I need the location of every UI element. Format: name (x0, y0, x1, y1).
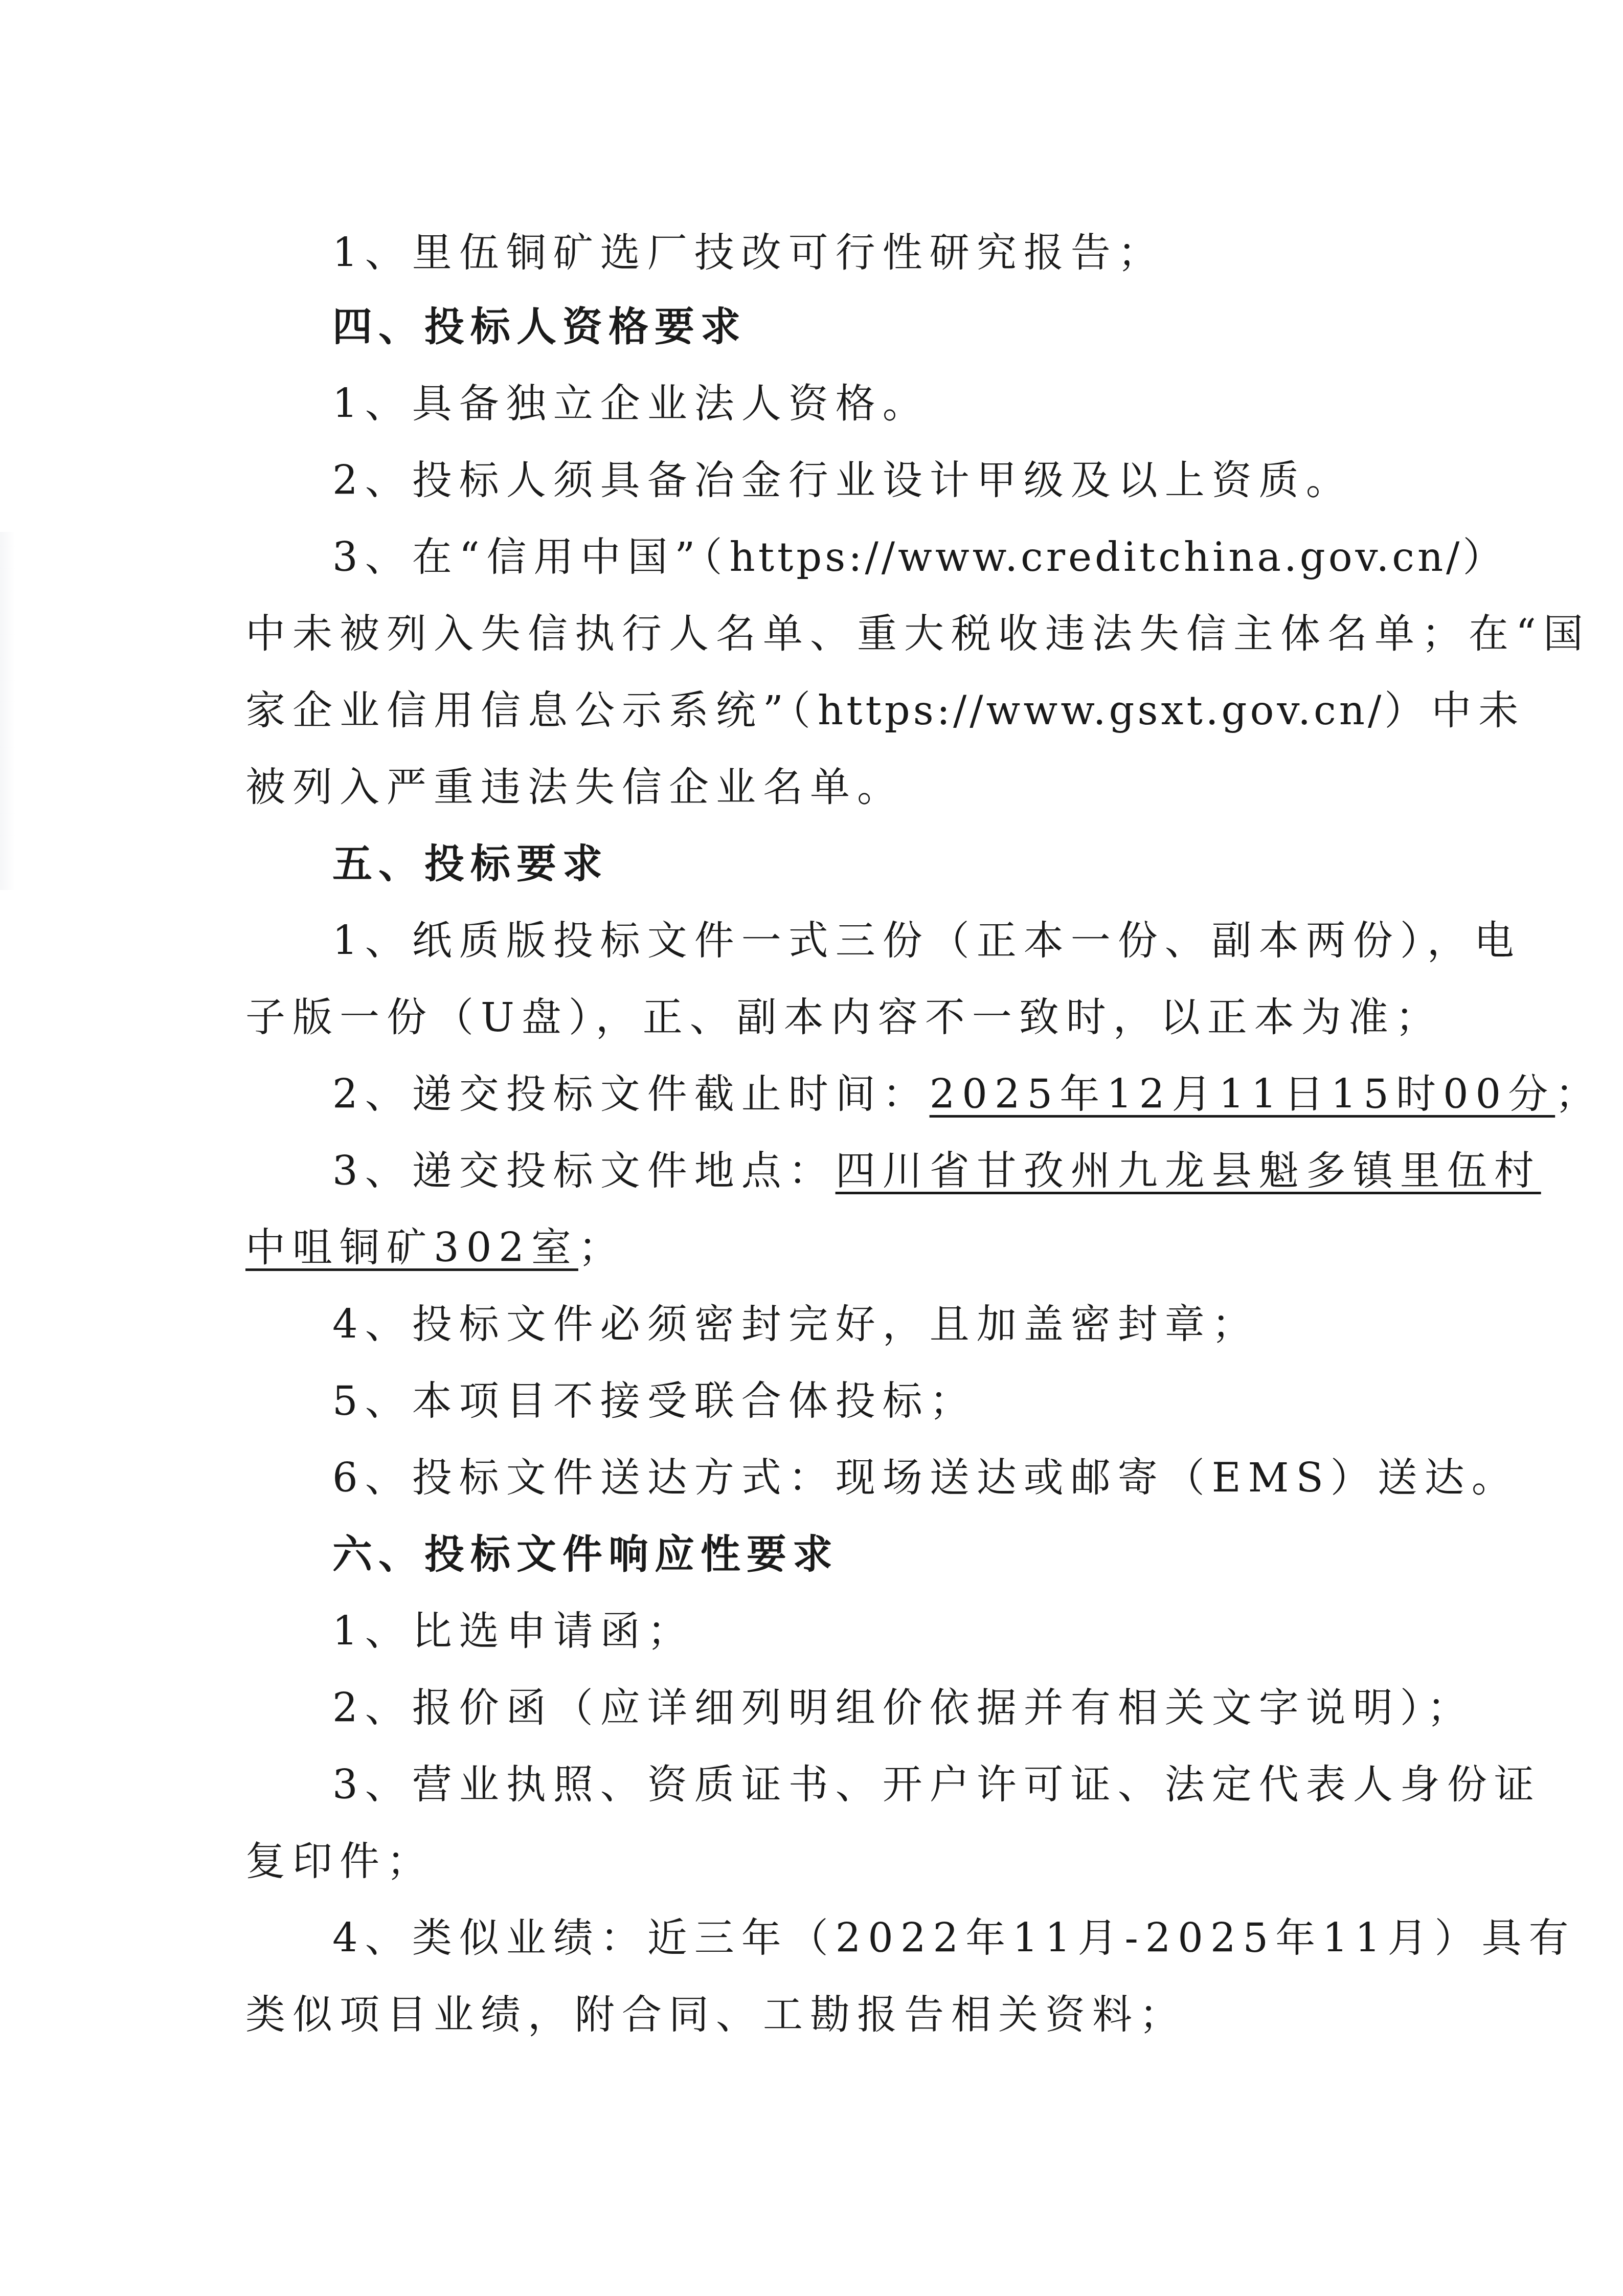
list-item-delivery-method: 6、投标文件送达方式：现场送达或邮寄（EMS）送达。 (332, 1453, 1519, 1504)
gsxt-text-end: ）中未 (1384, 688, 1525, 734)
credit-check-continuation-2: 家企业信用信息公示系统”（https://www.gsxt.gov.cn/）中未 (245, 685, 1525, 737)
gsxt-link[interactable]: https://www.gsxt.gov.cn/ (818, 688, 1384, 734)
list-item-licenses: 3、营业执照、资质证书、开户许可证、法定代表人身份证 (332, 1759, 1541, 1811)
list-item-sealing: 4、投标文件必须密封完好，且加盖密封章； (332, 1299, 1259, 1350)
paper-copies-continuation: 子版一份（U盘），正、副本内容不一致时，以正本为准； (245, 992, 1442, 1043)
creditchina-link[interactable]: https://www.creditchina.gov.cn/ (729, 534, 1462, 581)
document-page: 1、里伍铜矿选厂技改可行性研究报告； 四、投标人资格要求 1、具备独立企业法人资… (0, 0, 1623, 2296)
location-value-continued: 中咀铜矿302室 (245, 1225, 578, 1271)
list-item-metallurgy-qualification: 2、投标人须具备冶金行业设计甲级及以上资质。 (332, 455, 1353, 506)
list-item-application-letter: 1、比选申请函； (332, 1606, 694, 1657)
list-item-feasibility-report: 1、里伍铜矿选厂技改可行性研究报告； (332, 228, 1165, 279)
section-heading-response-requirements: 六、投标文件响应性要求 (332, 1529, 839, 1580)
list-item-credit-check: 3、在“信用中国”（https://www.creditchina.gov.cn… (332, 532, 1509, 583)
list-item-no-consortium: 5、本项目不接受联合体投标； (332, 1376, 977, 1427)
list-item-legal-entity: 1、具备独立企业法人资格。 (332, 378, 930, 430)
section-heading-bid-requirements: 五、投标要求 (332, 839, 608, 890)
similar-projects-continuation: 类似项目业绩，附合同、工勘报告相关资料； (245, 1990, 1186, 2041)
location-end: ； (578, 1225, 625, 1271)
section-heading-bidder-qualifications: 四、投标人资格要求 (332, 302, 747, 353)
credit-check-text-start: 3、在“信用中国”（ (332, 534, 729, 581)
list-item-location: 3、递交投标文件地点：四川省甘孜州九龙县魁多镇里伍村 (332, 1146, 1541, 1197)
location-label: 3、递交投标文件地点： (332, 1148, 836, 1194)
scan-edge-artifact (0, 532, 15, 890)
list-item-quotation-letter: 2、报价函（应详细列明组价依据并有相关文字说明）； (332, 1683, 1474, 1734)
list-item-deadline: 2、递交投标文件截止时间：2025年12月11日15时00分； (332, 1069, 1602, 1120)
deadline-value: 2025年12月11日15时00分 (930, 1072, 1556, 1118)
credit-check-paren-close: ） (1462, 534, 1509, 581)
licenses-continuation: 复印件； (245, 1836, 434, 1887)
location-continuation: 中咀铜矿302室； (245, 1222, 625, 1274)
deadline-label: 2、递交投标文件截止时间： (332, 1072, 930, 1118)
location-value: 四川省甘孜州九龙县魁多镇里伍村 (836, 1148, 1541, 1194)
deadline-end: ； (1555, 1072, 1602, 1118)
credit-check-continuation-1: 中未被列入失信执行人名单、重大税收违法失信主体名单；在“国 (245, 609, 1590, 660)
list-item-paper-copies: 1、纸质版投标文件一式三份（正本一份、副本两份），电 (332, 916, 1521, 967)
credit-check-continuation-3: 被列入严重违法失信企业名单。 (245, 762, 904, 813)
list-item-similar-projects: 4、类似业绩：近三年（2022年11月-2025年11月）具有 (332, 1913, 1576, 1964)
gsxt-text-start: 家企业信用信息公示系统”（ (245, 688, 818, 734)
